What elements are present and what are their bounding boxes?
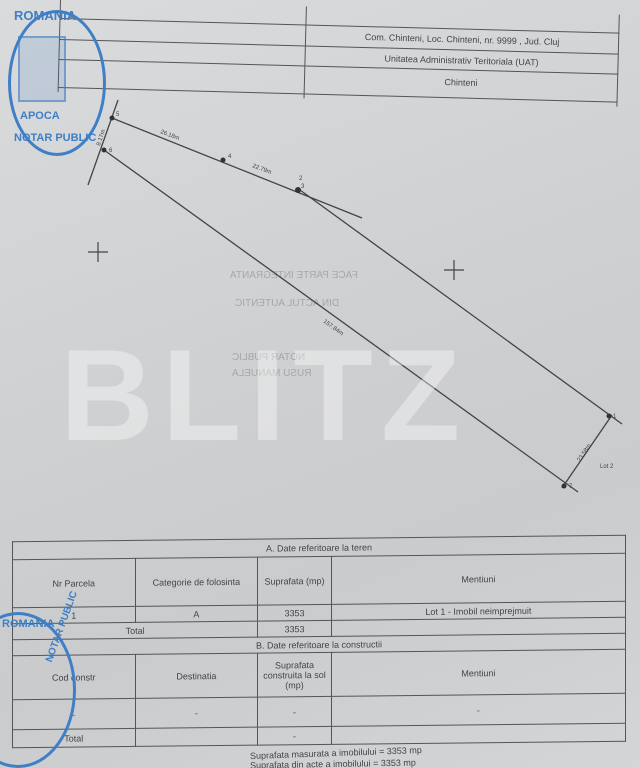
col-categorie: Categorie de folosinta xyxy=(135,557,258,606)
col-suprafata: Suprafata (mp) xyxy=(258,556,332,605)
total-value-b: - xyxy=(258,726,332,745)
label-point-6: 6 xyxy=(109,148,113,154)
label-point-4: 4 xyxy=(228,154,232,160)
cell-destinatia: - xyxy=(135,697,258,728)
point-7 xyxy=(562,484,567,489)
stamp-top-line3: APOCA xyxy=(20,110,60,122)
stamp-top-line1: ROMANIA xyxy=(14,8,76,23)
cell-categorie: A xyxy=(135,605,258,622)
label-point-2: 2 xyxy=(299,176,303,182)
total-value-a: 3353 xyxy=(258,620,332,637)
boundary-5-3 xyxy=(112,118,362,218)
summary-acts: Suprafata din acte a imobilului = 3353 m… xyxy=(250,758,416,768)
length-5-6: 8.17m xyxy=(96,129,107,147)
col-mentiuni: Mentiuni xyxy=(331,553,625,604)
cell-suprafata-b: - xyxy=(258,696,332,727)
neighbor-lot-label: Lot 2 xyxy=(600,464,614,470)
coat-of-arms-icon xyxy=(18,36,66,102)
point-5 xyxy=(110,116,115,121)
label-point-5: 5 xyxy=(116,112,120,118)
point-4 xyxy=(221,158,226,163)
point-1 xyxy=(607,414,612,419)
data-tables: A. Date referitoare la teren Nr Parcela … xyxy=(12,535,626,748)
col-destinatia: Destinatia xyxy=(135,653,258,698)
cell-suprafata: 3353 xyxy=(258,604,332,621)
length-5-4: 26.18m xyxy=(159,129,180,142)
col-mentiuni-b: Mentiuni xyxy=(331,649,625,696)
point-6 xyxy=(102,148,107,153)
label-point-7: 7 xyxy=(569,484,573,490)
watermark: BLITZ xyxy=(60,320,468,470)
stamp-top-line2: NOTAR PUBLIC xyxy=(14,132,96,144)
cell-mentiuni-b: - xyxy=(331,693,625,726)
length-7-1: 23.58m xyxy=(577,443,593,463)
table-teren: A. Date referitoare la teren Nr Parcela … xyxy=(12,535,626,748)
col-suprafata-construita: Suprafata construita la sol (mp) xyxy=(258,652,332,697)
label-point-3: 3 xyxy=(301,184,305,190)
length-4-3: 22.79m xyxy=(251,163,272,176)
stamp-bottom-line1: ROMANIA xyxy=(2,618,55,630)
label-point-1: 1 xyxy=(613,414,617,420)
